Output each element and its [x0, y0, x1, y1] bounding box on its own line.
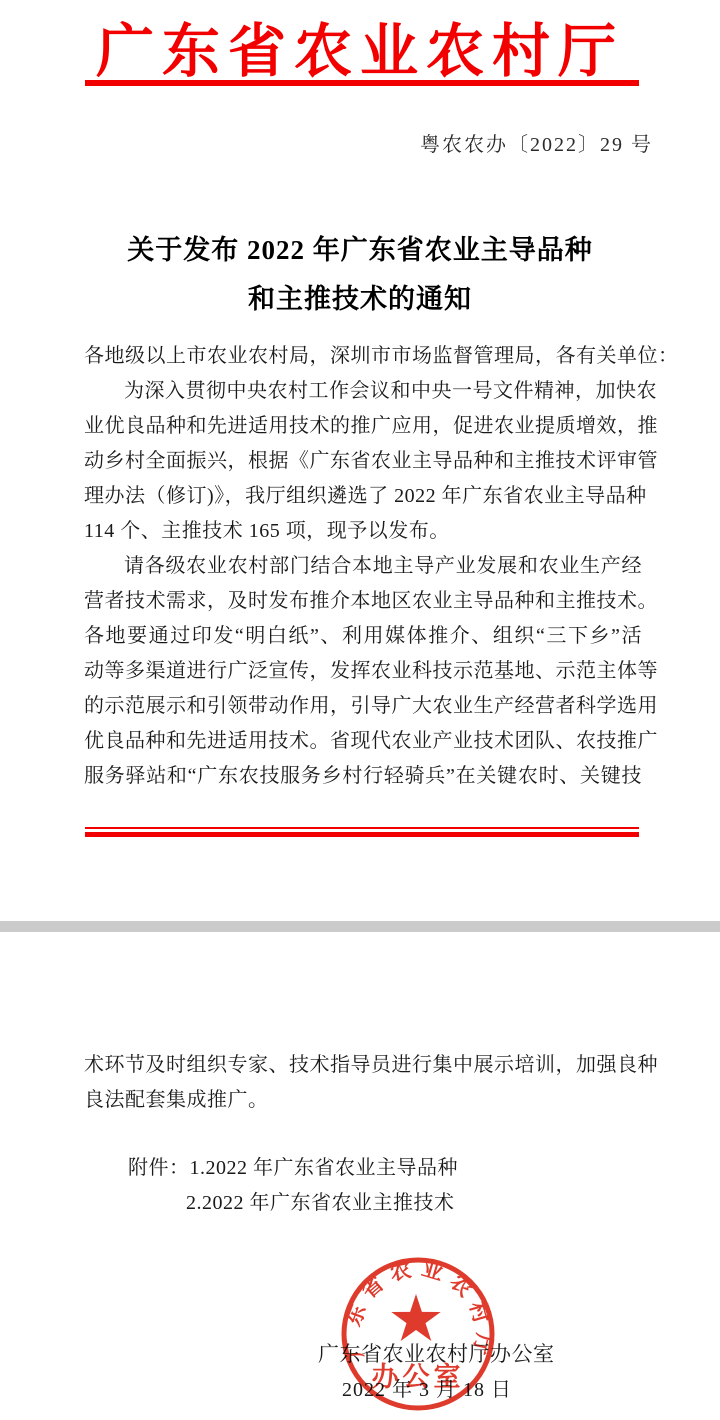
seal-star-icon: [391, 1294, 440, 1341]
attachments-label: 附件：: [128, 1157, 190, 1179]
body-line: 的示范展示和引领带动作用，引导广大农业生产经营者科学选用: [84, 689, 642, 724]
body-line: 动等多渠道进行广泛宣传，发挥农业科技示范基地、示范主体等: [84, 654, 642, 689]
body-line: 服务驿站和“广东农技服务乡村行轻骑兵”在关键农时、关键技: [84, 759, 642, 794]
attachments-list: 附件：1.2022 年广东省农业主导品种 2.2022 年广东省农业主推技术: [128, 1151, 458, 1221]
body-line: 术环节及时组织专家、技术指导员进行集中展示培训，加强良种: [84, 1048, 642, 1083]
agency-letterhead-title: 广东省农业农村厅: [0, 4, 720, 88]
body-line: 114 个、主推技术 165 项，现予以发布。: [84, 514, 642, 549]
body-line: 动乡村全面振兴，根据《广东省农业主导品种和主推技术评审管: [84, 444, 642, 479]
body-line: 良法配套集成推广。: [84, 1083, 642, 1118]
body-line: 业优良品种和先进适用技术的推广应用，促进农业提质增效，推: [84, 409, 642, 444]
body-page1: 各地级以上市农业农村局，深圳市市场监督管理局，各有关单位：为深入贯彻中央农村工作…: [84, 339, 642, 794]
attachment-item-2: 2.2022 年广东省农业主推技术: [128, 1186, 458, 1221]
body-line: 理办法（修订)》，我厅组织遴选了 2022 年广东省农业主导品种: [84, 479, 642, 514]
body-line: 营者技术需求，及时发布推介本地区农业主导品种和主推技术。: [84, 584, 642, 619]
document-title: 关于发布 2022 年广东省农业主导品种 和主推技术的通知: [0, 226, 720, 324]
signing-date: 2022 年 3 月 18 日: [342, 1373, 512, 1402]
document-title-line-1: 关于发布 2022 年广东省农业主导品种: [0, 226, 720, 275]
body-line: 优良品种和先进适用技术。省现代农业产业技术团队、农技推广: [84, 724, 642, 759]
attachment-item-1-text: 1.2022 年广东省农业主导品种: [190, 1157, 459, 1179]
body-page2: 术环节及时组织专家、技术指导员进行集中展示培训，加强良种良法配套集成推广。: [84, 1048, 642, 1118]
body-line: 请各级农业农村部门结合本地主导产业发展和农业生产经: [84, 549, 642, 584]
signing-office: 广东省农业农村厅办公室: [318, 1338, 555, 1368]
page-break-band: [0, 921, 720, 932]
document-number: 粤农农办〔2022〕29 号: [420, 128, 653, 157]
letterhead-divider-line: [85, 80, 639, 86]
document-title-line-2: 和主推技术的通知: [0, 275, 720, 324]
body-line: 为深入贯彻中央农村工作会议和中央一号文件精神，加快农: [84, 374, 642, 409]
body-line: 各地级以上市农业农村局，深圳市市场监督管理局，各有关单位：: [84, 339, 642, 374]
document-page: { "colors": { "header_red": "#f20000", "…: [0, 0, 720, 1420]
attachment-item-1: 附件：1.2022 年广东省农业主导品种: [128, 1151, 458, 1186]
page-footer-divider-line: [85, 827, 639, 837]
body-line: 各地要通过印发“明白纸”、利用媒体推介、组织“三下乡”活: [84, 619, 642, 654]
